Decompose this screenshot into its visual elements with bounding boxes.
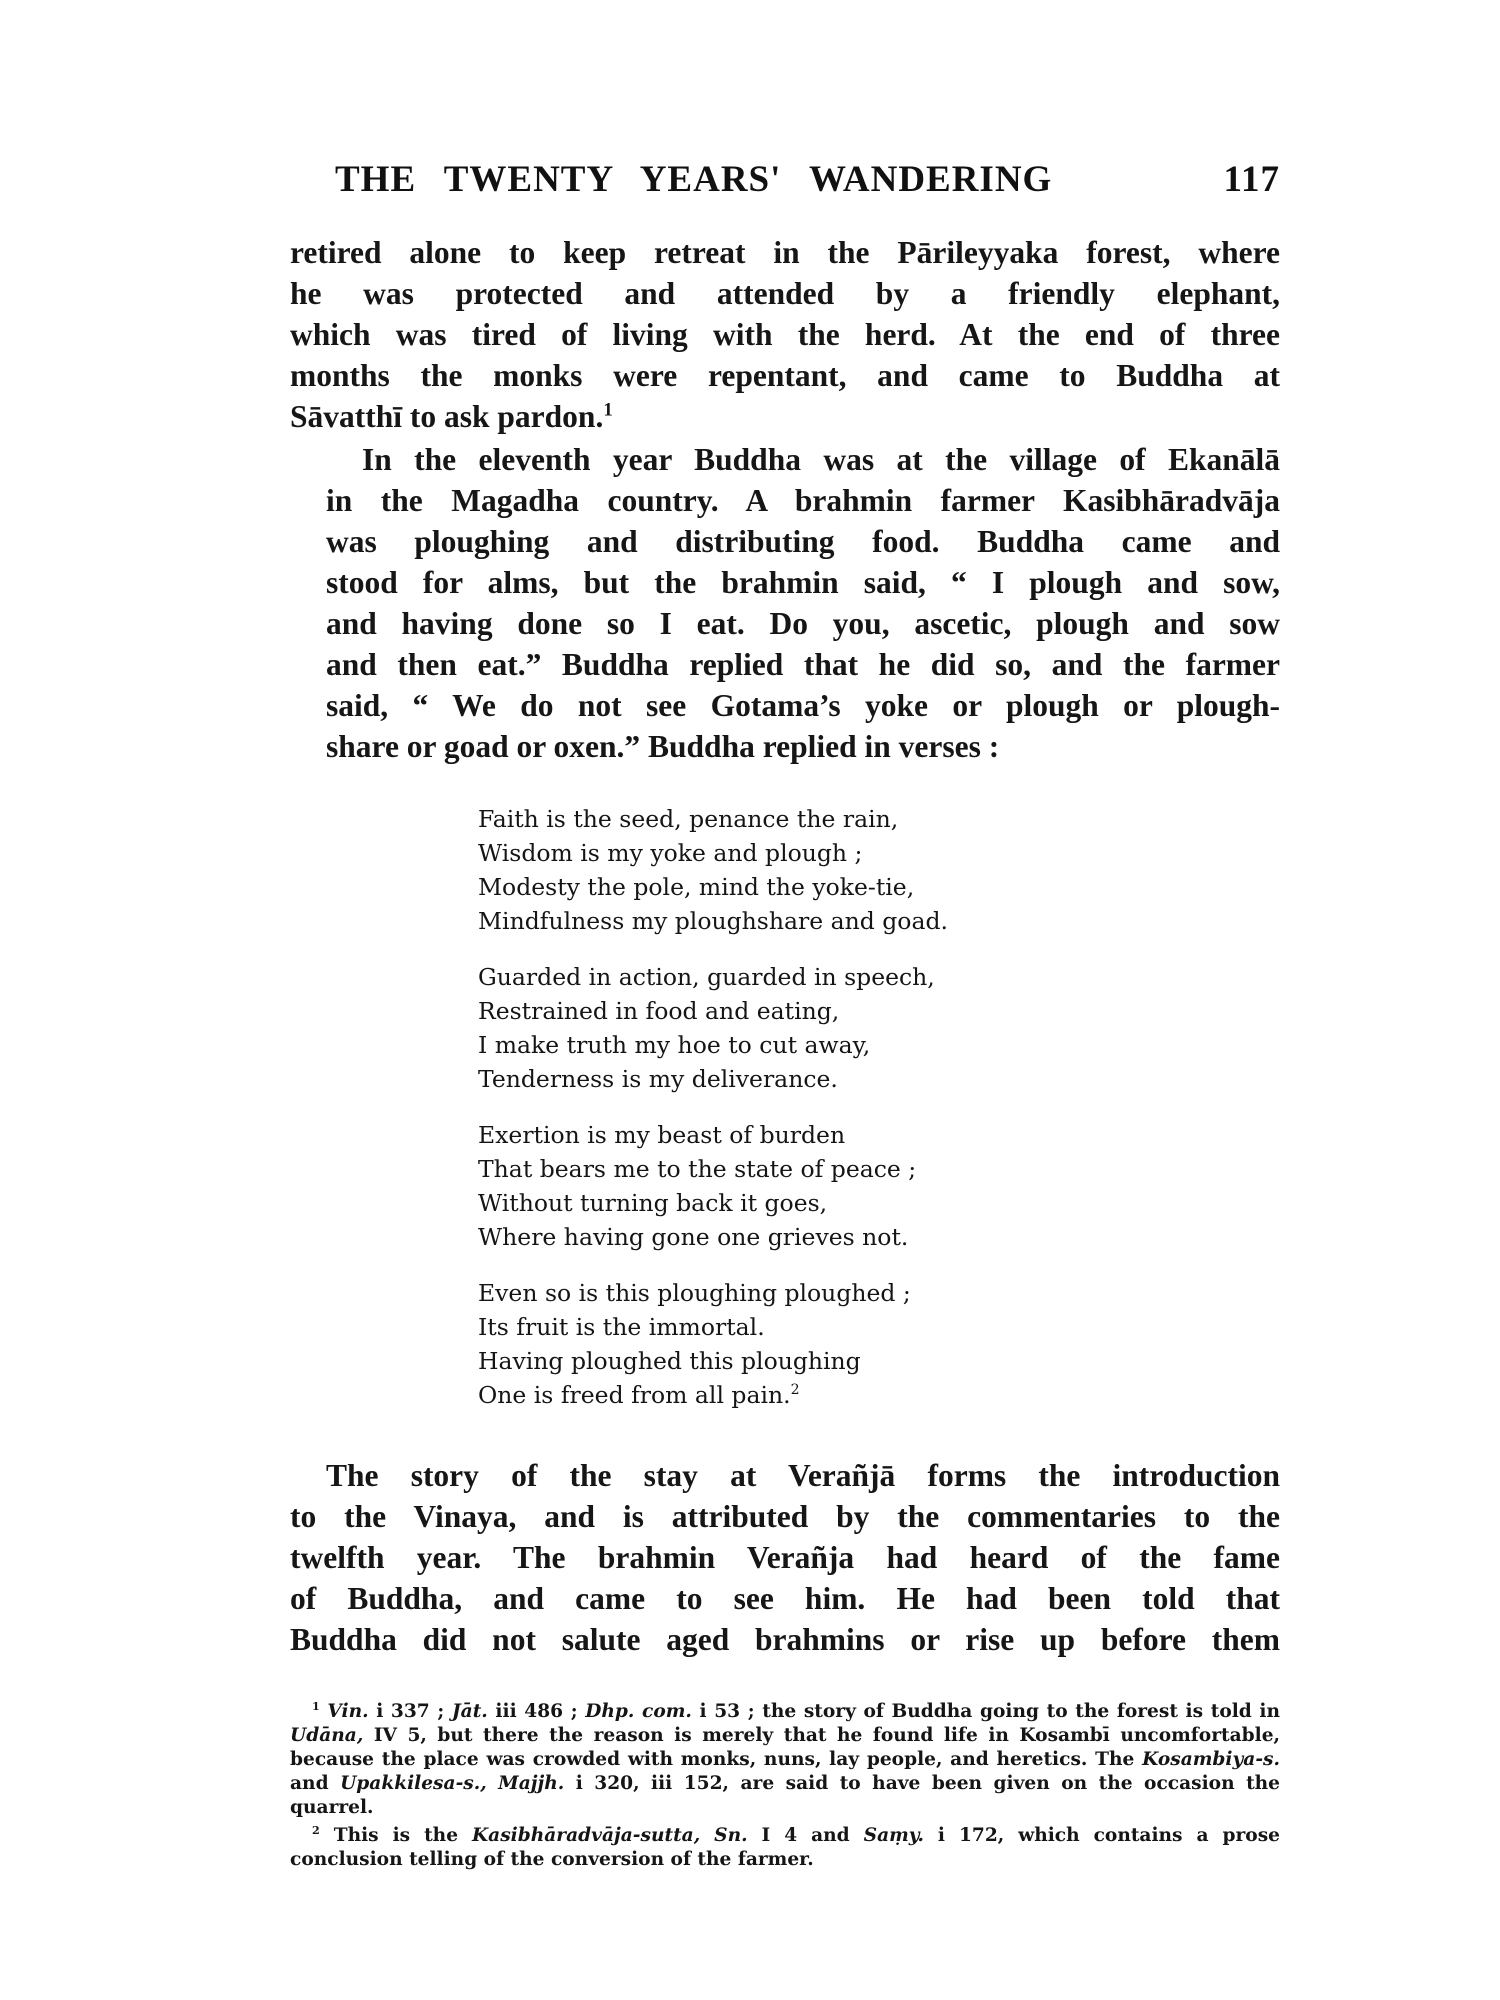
stanza: Guarded in action, guarded in speech, Re…	[478, 960, 1098, 1096]
citation: Saṃy.	[864, 1825, 924, 1846]
text-line: in the Magadha country. A brahmin farmer…	[290, 480, 1280, 521]
verse-line: Restrained in food and eating,	[478, 994, 1098, 1028]
text-line: In the eleventh year Buddha was at the v…	[290, 439, 1280, 480]
citation: Jāt.	[452, 1701, 488, 1722]
verse-line: Having ploughed this ploughing	[478, 1344, 1098, 1378]
footnote-text: iii 486 ;	[488, 1701, 585, 1722]
page-number: 117	[1224, 158, 1280, 201]
footnote-2: 2 This is the Kasibhāradvāja-sutta, Sn. …	[290, 1824, 1280, 1872]
text-line: Buddha did not salute aged brahmins or r…	[290, 1619, 1280, 1660]
citation: Dhp. com.	[585, 1701, 692, 1722]
footnote-text: This is the	[334, 1825, 472, 1846]
verse-line: Tenderness is my deliverance.	[478, 1062, 1098, 1096]
citation: Vin.	[327, 1701, 368, 1722]
text-line: The story of the stay at Verañjā forms t…	[290, 1455, 1280, 1496]
text-line: and having done so I eat. Do you, asceti…	[290, 603, 1280, 644]
verse-line: Where having gone one grieves not.	[478, 1220, 1098, 1254]
verse-line-content: One is freed from all pain.	[478, 1381, 791, 1409]
stanza: Faith is the seed, penance the rain, Wis…	[478, 802, 1098, 938]
footnotes: 1 Vin. i 337 ; Jāt. iii 486 ; Dhp. com. …	[290, 1700, 1280, 1872]
footnote-text: i 53 ; the story of Buddha going to the …	[692, 1701, 1280, 1722]
text-line: and then eat.” Buddha replied that he di…	[290, 644, 1280, 685]
verse-line: One is freed from all pain.2	[478, 1378, 1098, 1412]
verse-line: Guarded in action, guarded in speech,	[478, 960, 1098, 994]
paragraph-veranja: The story of the stay at Verañjā forms t…	[290, 1455, 1280, 1660]
verse-line: Mindfulness my ploughshare and goad.	[478, 904, 1098, 938]
verse-line: Even so is this ploughing ploughed ;	[478, 1276, 1098, 1310]
body-text-top: retired alone to keep retreat in the Pār…	[290, 232, 1280, 767]
verse-line: Without turning back it goes,	[478, 1186, 1098, 1220]
text-line: share or goad or oxen.” Buddha replied i…	[290, 726, 1280, 767]
book-page: THE TWENTY YEARS' WANDERING 117 retired …	[0, 0, 1500, 2000]
verse-line: Faith is the seed, penance the rain,	[478, 802, 1098, 836]
footnote-text: and	[290, 1773, 340, 1794]
running-head: THE TWENTY YEARS' WANDERING 117	[335, 158, 1280, 201]
text-line: stood for alms, but the brahmin said, “ …	[290, 562, 1280, 603]
text-line: was ploughing and distributing food. Bud…	[290, 521, 1280, 562]
paragraph-eleventh-year: In the eleventh year Buddha was at the v…	[290, 439, 1280, 767]
text-line: said, “ We do not see Gotama’s yoke or p…	[290, 685, 1280, 726]
footnote-text: i 337 ;	[369, 1701, 452, 1722]
citation: Upakkilesa-s., Majjh.	[340, 1773, 564, 1794]
verse-line: Wisdom is my yoke and plough ;	[478, 836, 1098, 870]
stanza: Exertion is my beast of burden That bear…	[478, 1118, 1098, 1254]
stanza: Even so is this ploughing ploughed ; Its…	[478, 1276, 1098, 1412]
text-line: which was tired of living with the herd.…	[290, 314, 1280, 355]
verse-line: Its fruit is the immortal.	[478, 1310, 1098, 1344]
footnote-text: I 4 and	[748, 1825, 864, 1846]
paragraph-retreat: retired alone to keep retreat in the Pār…	[290, 232, 1280, 437]
footnote-1: 1 Vin. i 337 ; Jāt. iii 486 ; Dhp. com. …	[290, 1700, 1280, 1820]
verse-line: I make truth my hoe to cut away,	[478, 1028, 1098, 1062]
citation: Udāna,	[290, 1725, 363, 1746]
verse-line: Modesty the pole, mind the yoke-tie,	[478, 870, 1098, 904]
body-text-bottom: The story of the stay at Verañjā forms t…	[290, 1455, 1280, 1660]
text-line: retired alone to keep retreat in the Pār…	[290, 232, 1280, 273]
chapter-title: THE TWENTY YEARS' WANDERING	[335, 158, 1052, 201]
footnote-ref: 1	[603, 400, 612, 421]
verse-block: Faith is the seed, penance the rain, Wis…	[478, 802, 1098, 1434]
citation: Kasibhāradvāja-sutta, Sn.	[472, 1825, 748, 1846]
text-line: twelfth year. The brahmin Verañja had he…	[290, 1537, 1280, 1578]
footnote-text: IV 5, but there the reason is merely tha…	[290, 1725, 1280, 1770]
text-line: to the Vinaya, and is attributed by the …	[290, 1496, 1280, 1537]
text-line: months the monks were repentant, and cam…	[290, 355, 1280, 396]
citation: Kosambiya-s.	[1142, 1749, 1280, 1770]
verse-line: Exertion is my beast of burden	[478, 1118, 1098, 1152]
footnote-marker: 2	[312, 1824, 320, 1837]
text-line: he was protected and attended by a frien…	[290, 273, 1280, 314]
verse-line: That bears me to the state of peace ;	[478, 1152, 1098, 1186]
text-line: of Buddha, and came to see him. He had b…	[290, 1578, 1280, 1619]
text-line-content: Sāvatthī to ask pardon.	[290, 399, 603, 434]
footnote-marker: 1	[312, 1700, 320, 1713]
footnote-ref: 2	[791, 1382, 800, 1398]
text-line: Sāvatthī to ask pardon.1	[290, 396, 1280, 437]
